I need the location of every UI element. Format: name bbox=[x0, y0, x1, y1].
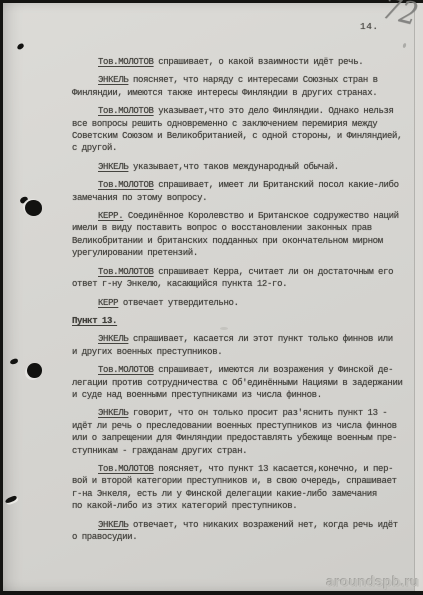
scan-edge-bottom bbox=[0, 591, 423, 595]
section-heading: Пункт 13. bbox=[72, 315, 412, 327]
paragraph-line: о правосудии. bbox=[72, 531, 412, 543]
paragraph-line: Советским Союзом и Великобританией, с од… bbox=[72, 130, 412, 142]
paper-smudge bbox=[402, 43, 406, 49]
paragraph-line: замечания по этому вопросу. bbox=[72, 192, 412, 204]
paragraph: КЕРР. Соединённое Королевство и Британск… bbox=[72, 210, 412, 260]
speaker-name: КЕРР. bbox=[98, 211, 123, 221]
paragraph-line: г-на Энкеля, есть ли у Финской делегации… bbox=[72, 488, 412, 500]
speaker-name: ЭНКЕЛЬ bbox=[98, 408, 128, 418]
paragraph-line: и других военных преступников. bbox=[72, 346, 412, 358]
speaker-name: Тов.МОЛОТОВ bbox=[98, 267, 154, 277]
paragraph-first-line: Тов.МОЛОТОВ спрашивает Керра, считает ли… bbox=[72, 266, 412, 278]
paragraph: Тов.МОЛОТОВ спрашивает Керра, считает ли… bbox=[72, 266, 412, 291]
speaker-name: ЭНКЕЛЬ bbox=[98, 520, 128, 530]
paragraph-first-line: Тов.МОЛОТОВ спрашивает, о какой взаимнос… bbox=[72, 56, 412, 68]
paragraph-line: легации против сотрудничества с Об'единё… bbox=[72, 377, 412, 389]
paragraph-line: Финляндии, имеются также интересы Финлян… bbox=[72, 87, 412, 99]
speaker-name: КЕРР bbox=[98, 298, 118, 308]
paragraph-line: вой и второй категории преступников и, в… bbox=[72, 475, 412, 487]
page-number: 14. bbox=[360, 21, 379, 32]
paragraph-line: по какой-либо из этих категорий преступн… bbox=[72, 500, 412, 512]
paragraph-first-line: Тов.МОЛОТОВ указывает,что это дело Финля… bbox=[72, 105, 412, 117]
paragraph: ЭНКЕЛЬ говорит, что он только просит раз… bbox=[72, 407, 412, 457]
paragraph-line: Великобритании и британских подданных пр… bbox=[72, 235, 412, 247]
paragraph: ЭНКЕЛЬ указывает,что таков международный… bbox=[72, 161, 412, 173]
ink-blot bbox=[9, 358, 18, 365]
paragraph-first-line: Тов.МОЛОТОВ спрашивает, имеются ли возра… bbox=[72, 364, 412, 376]
paragraph-first-line: ЭНКЕЛЬ отвечает, что никаких возражений … bbox=[72, 519, 412, 531]
paragraph-line: и суде над военными преступниками из чис… bbox=[72, 389, 412, 401]
paragraph-line: или о запрещении для Финляндии предостав… bbox=[72, 432, 412, 444]
paragraph-first-line: ЭНКЕЛЬ спрашивает, касается ли этот пунк… bbox=[72, 333, 412, 345]
document-text: Тов.МОЛОТОВ спрашивает, о какой взаимнос… bbox=[72, 56, 412, 549]
paragraph-line: с другой. bbox=[72, 142, 412, 154]
paragraph-line: урегулировании претензий. bbox=[72, 247, 412, 259]
paragraph-first-line: Тов.МОЛОТОВ поясняет, что пункт 13 касае… bbox=[72, 463, 412, 475]
paragraph-line: все вопросы решить одновременно с заключ… bbox=[72, 118, 412, 130]
section-heading-label: Пункт 13. bbox=[72, 316, 117, 326]
speaker-name: ЭНКЕЛЬ bbox=[98, 334, 128, 344]
paragraph-line: идёт ли речь о преследовании военных пре… bbox=[72, 420, 412, 432]
paragraph-first-line: ЭНКЕЛЬ говорит, что он только просит раз… bbox=[72, 407, 412, 419]
page-right-fold-strip bbox=[414, 0, 423, 595]
speaker-name: Тов.МОЛОТОВ bbox=[98, 57, 154, 67]
ink-blot bbox=[5, 495, 18, 503]
paragraph: Тов.МОЛОТОВ поясняет, что пункт 13 касае… bbox=[72, 463, 412, 513]
speaker-name: Тов.МОЛОТОВ bbox=[98, 106, 154, 116]
watermark: aroundspb.ru bbox=[326, 573, 419, 589]
ink-blot bbox=[16, 43, 25, 51]
paragraph-first-line: КЕРР. Соединённое Королевство и Британск… bbox=[72, 210, 412, 222]
speaker-name: ЭНКЕЛЬ bbox=[98, 162, 128, 172]
paper-smudge bbox=[220, 327, 228, 330]
scanned-document-page: 72 14. Тов.МОЛОТОВ спрашивает, о какой в… bbox=[0, 0, 423, 595]
paragraph: ЭНКЕЛЬ отвечает, что никаких возражений … bbox=[72, 519, 412, 544]
paragraph-first-line: Тов.МОЛОТОВ спрашивает, имеет ли Британс… bbox=[72, 179, 412, 191]
paragraph: КЕРР отвечает утвердительно. bbox=[72, 297, 412, 309]
paragraph-first-line: ЭНКЕЛЬ указывает,что таков международный… bbox=[72, 161, 412, 173]
speaker-name: ЭНКЕЛЬ bbox=[98, 75, 128, 85]
paragraph: ЭНКЕЛЬ спрашивает, касается ли этот пунк… bbox=[72, 333, 412, 358]
paragraph: Тов.МОЛОТОВ спрашивает, имеет ли Британс… bbox=[72, 179, 412, 204]
ink-blot bbox=[27, 363, 42, 378]
paragraph-first-line: ЭНКЕЛЬ поясняет, что наряду с интересами… bbox=[72, 74, 412, 86]
scan-edge-top bbox=[0, 0, 423, 3]
paragraph-first-line: КЕРР отвечает утвердительно. bbox=[72, 297, 412, 309]
scan-edge-left bbox=[0, 0, 3, 595]
paragraph-line: ответ г-ну Энкелю, касающийся пункта 12-… bbox=[72, 278, 412, 290]
paragraph: Тов.МОЛОТОВ указывает,что это дело Финля… bbox=[72, 105, 412, 155]
paragraph-line: ступникам - гражданам других стран. bbox=[72, 445, 412, 457]
paragraph: Тов.МОЛОТОВ спрашивает, о какой взаимнос… bbox=[72, 56, 412, 68]
paragraph: Тов.МОЛОТОВ спрашивает, имеются ли возра… bbox=[72, 364, 412, 401]
speaker-name: Тов.МОЛОТОВ bbox=[98, 464, 154, 474]
paragraph: ЭНКЕЛЬ поясняет, что наряду с интересами… bbox=[72, 74, 412, 99]
ink-blot bbox=[25, 200, 42, 216]
speaker-name: Тов.МОЛОТОВ bbox=[98, 365, 154, 375]
speaker-name: Тов.МОЛОТОВ bbox=[98, 180, 154, 190]
paragraph-line: имели в виду поставить вопрос о восстано… bbox=[72, 222, 412, 234]
